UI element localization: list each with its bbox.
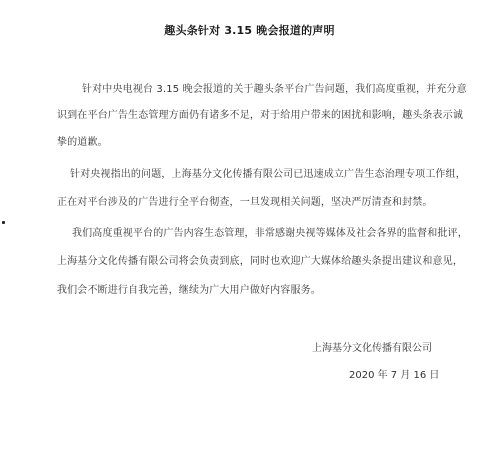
- paragraph-line: 正在对平台涉及的广告进行全平台彻查，一旦发现相关问题，坚决严厉清查和封禁。: [57, 196, 433, 210]
- paragraph-line: 针对央视指出的问题，上海基分文化传播有限公司已迅速成立广告生态治理专项工作组，: [70, 168, 466, 182]
- paragraph-line: 我们高度重视平台的广告内容生态管理，非常感谢央视等媒体及社会各界的监督和批评，: [72, 227, 468, 241]
- paragraph-line: 挚的道歉。: [57, 136, 108, 150]
- document-date: 2020 年 7 月 16 日: [349, 369, 439, 383]
- stray-dot-mark: [2, 221, 5, 224]
- paragraph-line: 针对中央电视台 3.15 晚会报道的关于趣头条平台广告问题，我们高度重视，并充分…: [82, 83, 467, 97]
- signature: 上海基分文化传播有限公司: [312, 342, 432, 356]
- paragraph-line: 我们会不断进行自我完善，继续为广大用户做好内容服务。: [57, 284, 321, 298]
- paragraph-line: 识到在平台广告生态管理方面仍有诸多不足，对于给用户带来的困扰和影响，趣头条表示诚: [57, 109, 463, 123]
- paragraph-line: 上海基分文化传播有限公司将会负责到底，同时也欢迎广大媒体给趣头条提出建议和意见，: [57, 255, 463, 269]
- document-title: 趣头条针对 3.15 晚会报道的声明: [0, 22, 499, 38]
